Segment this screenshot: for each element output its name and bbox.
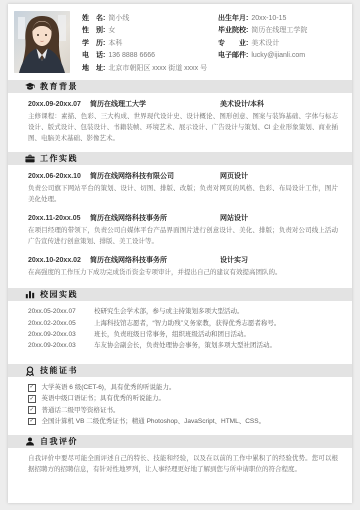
field-value: 美术设计 bbox=[251, 38, 279, 50]
field-gender: 性 别:女 bbox=[82, 25, 218, 37]
field-email: 电子邮件:lucky@ijianli.com bbox=[218, 50, 346, 62]
work-role: 网站设计 bbox=[220, 212, 338, 225]
field-label: 电子邮件: bbox=[218, 50, 248, 62]
field-value: 简历在线理工学院 bbox=[251, 25, 307, 37]
field-label: 地 址: bbox=[82, 63, 105, 75]
field-value: 北京市朝阳区 xxxx 街道 xxxx 号 bbox=[108, 63, 207, 75]
work-company: 简历在线网络科技事务所 bbox=[90, 254, 220, 267]
section-title: 自我评价 bbox=[40, 436, 78, 447]
section-header-education: 教育背景 bbox=[8, 80, 352, 93]
skill-text: 全国计算机 VB 二级优秀证书；精通 Photoshop、JavaScript、… bbox=[42, 416, 266, 427]
education-major: 美术设计/本科 bbox=[220, 98, 338, 111]
profile-fields-left: 姓 名:简小线 性 别:女 学 历:本科 电 话:136 8888 6666 地… bbox=[82, 13, 218, 75]
field-label: 出生年月: bbox=[218, 13, 248, 25]
field-value: 女 bbox=[108, 25, 115, 37]
section-header-skills: 技能证书 bbox=[8, 364, 352, 377]
field-birth: 出生年月:20xx-10-15 bbox=[218, 13, 346, 25]
work-desc: 在项目经理的带领下，负责公司自媒体平台产品界面图片进行创意设计、美化、排版；负责… bbox=[28, 226, 338, 248]
field-degree: 学 历:本科 bbox=[82, 38, 218, 50]
work-date: 20xx.11-20xx.05 bbox=[28, 212, 90, 225]
education-courses: 主修课程：素描、色彩、三大构成、世界现代设计史、设计概论、图形创意、图案与装饰基… bbox=[28, 112, 338, 144]
skill-item: ✓全国计算机 VB 二级优秀证书；精通 Photoshop、JavaScript… bbox=[28, 416, 338, 427]
section-title: 校园实践 bbox=[40, 289, 78, 300]
education-entry-head: 20xx.09-20xx.07 简历在线理工大学 美术设计/本科 bbox=[28, 98, 338, 111]
skill-text: 普通话二级甲等资格证书。 bbox=[42, 405, 120, 416]
campus-entry: 20xx.09-20xx.03车友协会副会长，负责处理协会事务，策划多项大型社团… bbox=[28, 340, 338, 351]
work-desc: 负责公司旗下网站平台的策划、设计、切图、排版、改版；负责对网页的风格、色彩、布局… bbox=[28, 184, 338, 206]
work-company: 简历在线网络科技有限公司 bbox=[90, 170, 220, 183]
field-label: 专 业: bbox=[218, 38, 248, 50]
education-date: 20xx.09-20xx.07 bbox=[28, 98, 90, 111]
profile-header: 姓 名:简小线 性 别:女 学 历:本科 电 话:136 8888 6666 地… bbox=[8, 4, 352, 75]
campus-date: 20xx.05-20xx.07 bbox=[28, 306, 94, 317]
field-school: 毕业院校:简历在线理工学院 bbox=[218, 25, 346, 37]
evaluation-content: 自我评价中要尽可能全面评述自己的特长、技能和经验，以及在以前的工作中累积了的经验… bbox=[8, 448, 352, 477]
campus-entry: 20xx.09-20xx.03班长，负责班级日常事务，组织班级活动和团日活动。 bbox=[28, 329, 338, 340]
work-entry: 20xx.11-20xx.05 简历在线网络科技事务所 网站设计 在项目经理的带… bbox=[28, 212, 338, 248]
field-value: lucky@ijianli.com bbox=[251, 50, 305, 62]
skill-text: 英语中级口语证书；具有优秀的听说能力。 bbox=[42, 393, 166, 404]
work-company: 简历在线网络科技事务所 bbox=[90, 212, 220, 225]
work-entry-head: 20xx.06-20xx.10 简历在线网络科技有限公司 网页设计 bbox=[28, 170, 338, 183]
section-header-campus: 校园实践 bbox=[8, 288, 352, 301]
field-address: 地 址:北京市朝阳区 xxxx 街道 xxxx 号 bbox=[82, 63, 218, 75]
work-entry-head: 20xx.10-20xx.02 简历在线网络科技事务所 设计实习 bbox=[28, 254, 338, 267]
campus-text: 车友协会副会长，负责处理协会事务，策划多项大型社团活动。 bbox=[94, 340, 338, 351]
field-label: 姓 名: bbox=[82, 13, 105, 25]
campus-text: 校研究生会学术部，参与或主持策划多项大型活动。 bbox=[94, 306, 338, 317]
work-entry-head: 20xx.11-20xx.05 简历在线网络科技事务所 网站设计 bbox=[28, 212, 338, 225]
campus-content: 20xx.05-20xx.07校研究生会学术部，参与或主持策划多项大型活动。 2… bbox=[8, 301, 352, 353]
section-header-evaluation: 自我评价 bbox=[8, 435, 352, 448]
field-phone: 电 话:136 8888 6666 bbox=[82, 50, 218, 62]
campus-entry: 20xx.05-20xx.07校研究生会学术部，参与或主持策划多项大型活动。 bbox=[28, 306, 338, 317]
portrait-illustration bbox=[14, 11, 70, 73]
profile-photo bbox=[14, 11, 70, 73]
work-date: 20xx.10-20xx.02 bbox=[28, 254, 90, 267]
field-label: 学 历: bbox=[82, 38, 105, 50]
resume-page: 姓 名:简小线 性 别:女 学 历:本科 电 话:136 8888 6666 地… bbox=[8, 4, 352, 503]
work-content: 20xx.06-20xx.10 简历在线网络科技有限公司 网页设计 负责公司旗下… bbox=[8, 165, 352, 282]
campus-date: 20xx.09-20xx.03 bbox=[28, 329, 94, 340]
person-icon bbox=[25, 437, 35, 447]
work-entry: 20xx.10-20xx.02 简历在线网络科技事务所 设计实习 在高强度的工作… bbox=[28, 254, 338, 279]
campus-date: 20xx.09-20xx.03 bbox=[28, 340, 94, 351]
campus-text: 班长，负责班级日常事务，组织班级活动和团日活动。 bbox=[94, 329, 338, 340]
skill-text: 大学英语 6 级(CET-6)，具有优秀的听说能力。 bbox=[42, 382, 176, 393]
profile-fields: 姓 名:简小线 性 别:女 学 历:本科 电 话:136 8888 6666 地… bbox=[70, 11, 346, 75]
skills-content: ✓大学英语 6 级(CET-6)，具有优秀的听说能力。 ✓英语中级口语证书；具有… bbox=[8, 377, 352, 429]
profile-fields-right: 出生年月:20xx-10-15 毕业院校:简历在线理工学院 专 业:美术设计 电… bbox=[218, 13, 346, 75]
work-date: 20xx.06-20xx.10 bbox=[28, 170, 90, 183]
work-role: 设计实习 bbox=[220, 254, 338, 267]
medal-icon bbox=[25, 366, 35, 376]
campus-text: 上海科技馆志愿者，“智力助残”义务家教，获得优秀志愿者称号。 bbox=[94, 318, 338, 329]
field-value: 本科 bbox=[108, 38, 122, 50]
briefcase-icon bbox=[25, 154, 35, 164]
work-desc: 在高强度的工作压力下成功完成货币资金专项审计，并提出自己的建议有效提高团队的。 bbox=[28, 268, 338, 279]
graduation-cap-icon bbox=[25, 82, 35, 92]
skill-item: ✓英语中级口语证书；具有优秀的听说能力。 bbox=[28, 393, 338, 404]
field-label: 性 别: bbox=[82, 25, 105, 37]
campus-entry: 20xx.02-20xx.05上海科技馆志愿者，“智力助残”义务家教，获得优秀志… bbox=[28, 318, 338, 329]
field-value: 简小线 bbox=[108, 13, 129, 25]
field-label: 毕业院校: bbox=[218, 25, 248, 37]
section-title: 技能证书 bbox=[40, 365, 78, 376]
checkbox-check-icon: ✓ bbox=[28, 395, 36, 403]
section-title: 教育背景 bbox=[40, 81, 78, 92]
skill-item: ✓普通话二级甲等资格证书。 bbox=[28, 405, 338, 416]
skill-item: ✓大学英语 6 级(CET-6)，具有优秀的听说能力。 bbox=[28, 382, 338, 393]
field-name: 姓 名:简小线 bbox=[82, 13, 218, 25]
checkbox-check-icon: ✓ bbox=[28, 418, 36, 426]
field-label: 电 话: bbox=[82, 50, 105, 62]
checkbox-check-icon: ✓ bbox=[28, 384, 36, 392]
work-entry: 20xx.06-20xx.10 简历在线网络科技有限公司 网页设计 负责公司旗下… bbox=[28, 170, 338, 206]
education-content: 20xx.09-20xx.07 简历在线理工大学 美术设计/本科 主修课程：素描… bbox=[8, 93, 352, 146]
bar-chart-icon bbox=[25, 290, 35, 300]
checkbox-check-icon: ✓ bbox=[28, 406, 36, 414]
section-title: 工作实践 bbox=[40, 153, 78, 164]
field-value: 136 8888 6666 bbox=[108, 50, 155, 62]
evaluation-text: 自我评价中要尽可能全面评述自己的特长、技能和经验，以及在以前的工作中累积了的经验… bbox=[28, 453, 338, 475]
field-major: 专 业:美术设计 bbox=[218, 38, 346, 50]
field-value: 20xx-10-15 bbox=[251, 13, 286, 25]
work-role: 网页设计 bbox=[220, 170, 338, 183]
section-header-work: 工作实践 bbox=[8, 152, 352, 165]
education-school: 简历在线理工大学 bbox=[90, 98, 220, 111]
campus-date: 20xx.02-20xx.05 bbox=[28, 318, 94, 329]
